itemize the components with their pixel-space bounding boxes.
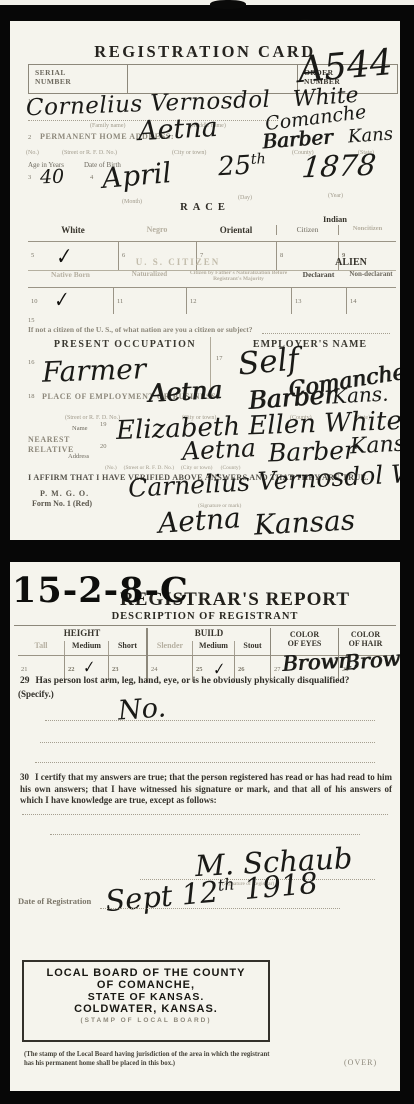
family-name-hint: (Family name) [90, 123, 126, 129]
question-number: 29 [20, 676, 30, 686]
checkmark-icon: ✓ [54, 287, 69, 314]
question-30: 30I certify that my answers are true; th… [20, 772, 392, 807]
line-number: 3 [28, 174, 31, 181]
dotted-line [100, 908, 340, 909]
registration-date-value: Sept 12th 1918 [104, 869, 319, 916]
line-number: 16 [28, 359, 35, 366]
relative-address-city: Aetna [181, 435, 256, 464]
citizenship-option-label: Native Born [28, 270, 113, 283]
street-hint: (Street or R. F. D. No.) [62, 150, 117, 156]
serial-number-label: SERIAL [35, 68, 127, 77]
dotted-line [45, 720, 375, 721]
height-option-label: Medium [64, 641, 108, 655]
question-29: 29Has person lost arm, leg, hand, eye, o… [20, 676, 394, 686]
race-option-label: Oriental [196, 225, 276, 235]
stamp-box-hint: (STAMP OF LOCAL BOARD) [80, 1017, 211, 1024]
build-option-label: Slender [148, 641, 192, 655]
dotted-line [40, 742, 375, 743]
build-option-label: Medium [192, 641, 234, 655]
dotted-line [35, 762, 375, 763]
no-hint: (No.) [26, 150, 39, 156]
nearest-relative-label: NEAREST [28, 435, 70, 444]
birth-month-value: April [101, 159, 173, 193]
line-number: 2 [28, 134, 31, 141]
signature-place-city: Aetna [157, 504, 242, 538]
serial-number-box: SERIAL NUMBER [28, 64, 128, 94]
us-citizen-group-label: U. S. CITIZEN [83, 257, 273, 267]
citizenship-number-row: 10 ✓ 11 12 13 14 [28, 287, 396, 314]
line-number: 15 [28, 317, 35, 324]
citizenship-checkbox-declarant: 13 [291, 288, 346, 314]
stamp-box-note: (The stamp of the Local Board having jur… [24, 1050, 280, 1068]
divider [14, 625, 396, 626]
alien-group-label: ALIEN [308, 257, 394, 268]
citizenship-option-label: Non-declarant [346, 270, 396, 283]
home-address-state: Kans [347, 125, 393, 146]
signature-place-state: Kansas [253, 506, 355, 539]
line-number: 19 [100, 421, 107, 428]
registration-date-label: Date of Registration [18, 896, 91, 906]
citizenship-checkbox-native-born: 10 ✓ [28, 288, 113, 314]
local-board-stamp-box: LOCAL BOARD OF THE COUNTY OF COMANCHE, S… [22, 960, 270, 1042]
employment-state: Kans. [332, 384, 389, 407]
height-group: HEIGHT Tall Medium Short 21 22 ✓ 23 [18, 628, 146, 682]
line-number: 17 [216, 355, 223, 362]
street-hint: (Street or R. F. D. No.) [65, 415, 120, 421]
relative-address-label: Address [68, 453, 89, 460]
relative-name-label: Name [72, 425, 88, 432]
line-number: 18 [28, 393, 35, 400]
dotted-line [50, 834, 360, 835]
citizenship-option-label: Naturalized [113, 270, 186, 283]
race-option-label: White [28, 225, 118, 235]
scanned-document: REGISTRATION CARD SERIAL NUMBER ORDER NU… [0, 0, 414, 1104]
registrars-report-card: 15-2-8-C REGISTRAR'S REPORT DESCRIPTION … [10, 562, 400, 1091]
age-value: 40 [40, 168, 65, 188]
stamp-line: OF COMANCHE, [97, 979, 195, 991]
race-label-row: White Negro Oriental Citizen Noncitizen [28, 225, 396, 235]
build-group-label: BUILD [148, 628, 270, 641]
build-group: BUILD Slender Medium Stout 24 25 ✓ 26 [146, 628, 270, 682]
birth-day-value: 25th [217, 152, 266, 180]
line-number: 20 [100, 443, 107, 450]
nation-question: If not a citizen of the U. S., of what n… [28, 325, 253, 334]
line-number: 4 [90, 174, 93, 181]
race-indian-group-label: Indian [276, 214, 394, 224]
birth-year-value: 1878 [300, 151, 377, 183]
citizenship-table: U. S. CITIZEN ALIEN Native Born Naturali… [28, 257, 396, 313]
height-group-label: HEIGHT [18, 628, 146, 641]
home-address-city: Aetna [137, 114, 218, 145]
form-id-line: Form No. 1 (Red) [32, 499, 92, 508]
race-option-label: Citizen [276, 225, 338, 235]
home-address-county: Barber [261, 127, 333, 152]
checkmark-icon: ✓ [83, 656, 95, 678]
day-hint: (Day) [238, 195, 252, 201]
stamped-serial-number: 15-2-8-C [12, 570, 189, 611]
stamp-line: COLDWATER, KANSAS. [74, 1003, 218, 1015]
citizenship-checkbox-naturalized: 11 [113, 288, 186, 314]
race-option-label: Negro [118, 225, 196, 235]
height-option-label: Short [108, 641, 146, 655]
relative-address-state: Kans [349, 434, 400, 459]
scan-edge-strip [0, 0, 414, 5]
occupation-value: Farmer [42, 355, 147, 387]
build-option-label: Stout [234, 641, 270, 655]
question-number: 30 [20, 772, 29, 782]
dotted-line [262, 333, 390, 334]
form-id-line: P. M. G. O. [40, 489, 89, 498]
dotted-line [22, 814, 388, 815]
height-option-label: Tall [18, 641, 64, 655]
question-29-specify: (Specify.) [18, 689, 54, 699]
report-subtitle: DESCRIPTION OF REGISTRANT [10, 611, 400, 622]
citizenship-checkbox-non-declarant: 14 [346, 288, 396, 314]
hair-color-value: Brown [343, 647, 400, 674]
city-hint: (City or town) [172, 150, 206, 156]
stamp-line: LOCAL BOARD OF THE COUNTY [47, 967, 246, 979]
serial-number-label: NUMBER [35, 77, 127, 86]
employment-city: Aetna [147, 377, 222, 406]
year-hint: (Year) [328, 193, 343, 199]
order-number-value: A544 [297, 45, 394, 89]
race-section-title: RACE [10, 202, 400, 213]
over-label: (OVER) [344, 1058, 377, 1067]
occupation-header: PRESENT OCCUPATION [40, 339, 210, 350]
scan-artifact [210, 0, 246, 9]
citizenship-label-row: Native Born Naturalized Citizen by Fathe… [28, 270, 396, 283]
citizenship-checkbox-by-father: 12 [186, 288, 291, 314]
stamp-line: STATE OF KANSAS. [88, 991, 205, 1003]
employer-value: Self [237, 344, 300, 380]
citizenship-option-label: Citizen by Father's Naturalization Befor… [186, 270, 291, 283]
race-option-label: Noncitizen [338, 225, 396, 235]
citizenship-option-label: Declarant [291, 270, 346, 283]
relative-address-county: Barber [268, 437, 357, 465]
registration-card: REGISTRATION CARD SERIAL NUMBER ORDER NU… [10, 21, 400, 540]
